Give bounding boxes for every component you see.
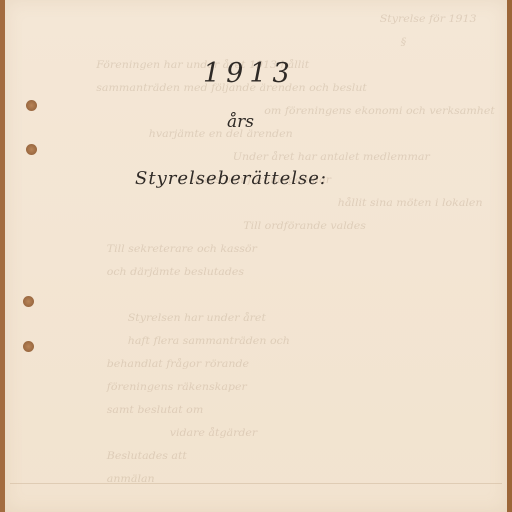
bleed-line: vidare åtgärder	[65, 422, 496, 445]
document-year-suffix: års	[227, 112, 254, 132]
bleed-line: §	[65, 31, 496, 54]
bleed-line	[65, 284, 496, 307]
bleed-line: samt beslutat om	[65, 399, 496, 422]
bleed-line: behandlat frågor rörande	[65, 353, 496, 376]
bleed-line: om föreningens ekonomi och verksamhet	[65, 100, 496, 123]
document-title: Styrelseberättelse:	[135, 168, 327, 189]
bleed-line: Styrelsen har under året	[65, 307, 496, 330]
bleed-line: hvarjämte en del ärenden	[65, 123, 496, 146]
punch-hole	[23, 341, 34, 352]
bleed-line: anmälan	[65, 468, 496, 491]
bleed-line: hållit sina möten i lokalen	[65, 192, 496, 215]
bleed-line: Beslutades att	[65, 445, 496, 468]
bleed-line: och därjämte beslutades	[65, 261, 496, 284]
page-right-edge	[507, 0, 512, 512]
punch-hole	[23, 296, 34, 307]
bleed-line: Under året har antalet medlemmar	[65, 146, 496, 169]
page-fold-line	[10, 483, 502, 484]
punch-hole	[26, 144, 37, 155]
document-year: 1913	[203, 58, 296, 89]
bleed-line: Till sekreterare och kassör	[65, 238, 496, 261]
bleed-line: Styrelse för 1913	[65, 8, 496, 31]
bleed-line: haft flera sammanträden och	[65, 330, 496, 353]
document-page: Styrelse för 1913 § Föreningen har under…	[5, 0, 507, 512]
bleed-line: Till ordförande valdes	[65, 215, 496, 238]
bleed-line: föreningens räkenskaper	[65, 376, 496, 399]
punch-hole	[26, 100, 37, 111]
